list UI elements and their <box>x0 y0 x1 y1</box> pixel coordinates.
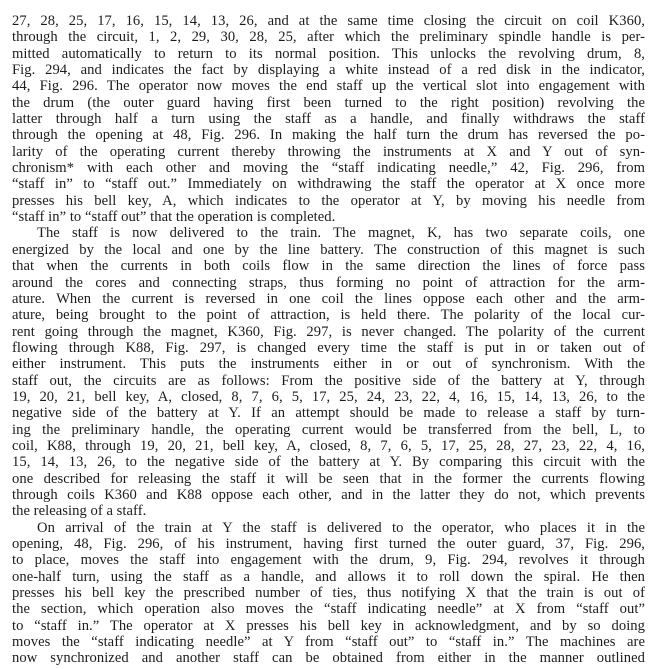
text-line: presses his bell key, A, which indicates… <box>12 193 645 209</box>
text-line: through the circuit, 1, 2, 29, 30, 28, 2… <box>12 29 645 45</box>
text-line: ature, being brought to the point of att… <box>12 307 645 323</box>
text-line: that when the currents in both coils flo… <box>12 258 645 274</box>
text-line: staff out, the circuits are as follows: … <box>12 373 645 389</box>
text-line: around the cores and connecting straps, … <box>12 275 645 291</box>
text-line: now synchronized and another staff can b… <box>12 650 645 666</box>
text-line: 44, Fig. 296. The operator now moves the… <box>12 78 645 94</box>
text-line: coil, K88, through 19, 20, 21, bell key,… <box>12 438 645 454</box>
text-line: “staff in” to “staff out” that the opera… <box>12 209 645 225</box>
text-line: The staff is now delivered to the train.… <box>12 225 645 241</box>
text-line: flowing through K88, Fig. 297, is change… <box>12 340 645 356</box>
text-line: mitted automatically to return to its no… <box>12 46 645 62</box>
text-line: energized by the local and one by the li… <box>12 242 645 258</box>
text-line: latter through half a turn using the sta… <box>12 111 645 127</box>
text-line: either instrument. This puts the instrum… <box>12 356 645 372</box>
text-line: the drum (the outer guard having first b… <box>12 95 645 111</box>
text-line: On arrival of the train at Y the staff i… <box>12 520 645 536</box>
text-line: Fig. 294, and indicates the fact by disp… <box>12 62 645 78</box>
text-line: to place, moves the staff into engagemen… <box>12 552 645 568</box>
text-line: opening, 48, Fig. 296, of his instrument… <box>12 536 645 552</box>
text-line: the releasing of a staff. <box>12 503 645 519</box>
text-line: to “staff in.” The operator at X presses… <box>12 618 645 634</box>
text-line: 19, 20, 21, bell key, A, closed, 8, 7, 6… <box>12 389 645 405</box>
text-line: ature. When the current is reversed in o… <box>12 291 645 307</box>
text-line: ing the preliminary handle, the operatin… <box>12 422 645 438</box>
text-line: one described for releasing the staff it… <box>12 471 645 487</box>
text-line: negative side of the battery at Y. If an… <box>12 405 645 421</box>
text-line: moves the “staff indicating needle” at Y… <box>12 634 645 650</box>
text-line: through the opening at 48, Fig. 296. In … <box>12 127 645 143</box>
text-line: 27, 28, 25, 17, 16, 15, 14, 13, 26, and … <box>12 13 645 29</box>
document-page: 27, 28, 25, 17, 16, 15, 14, 13, 26, and … <box>12 13 645 667</box>
body-text: 27, 28, 25, 17, 16, 15, 14, 13, 26, and … <box>12 13 645 667</box>
text-line: rent going through the magnet, K360, Fig… <box>12 324 645 340</box>
text-line: presses his bell key the prescribed numb… <box>12 585 645 601</box>
text-line: through coils K360 and K88 oppose each o… <box>12 487 645 503</box>
text-line: larity of the operating current thereby … <box>12 144 645 160</box>
text-line: 15, 14, 13, 26, to the negative side of … <box>12 454 645 470</box>
paragraph: 27, 28, 25, 17, 16, 15, 14, 13, 26, and … <box>12 13 645 225</box>
paragraph: The staff is now delivered to the train.… <box>12 225 645 519</box>
text-line: “staff in” to “staff out.” Immediately o… <box>12 176 645 192</box>
text-line: the section, which operation also moves … <box>12 601 645 617</box>
text-line: chronism* with each other and moving the… <box>12 160 645 176</box>
paragraph: On arrival of the train at Y the staff i… <box>12 520 645 667</box>
text-line: one-half turn, using the staff as a hand… <box>12 569 645 585</box>
